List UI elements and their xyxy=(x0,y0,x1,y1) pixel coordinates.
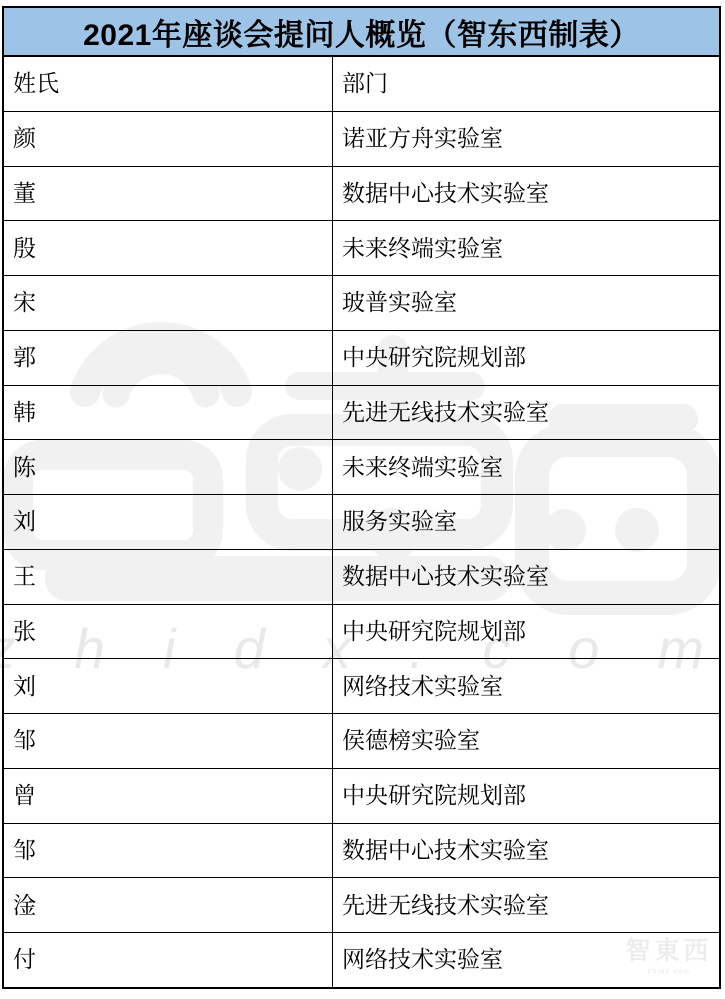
department-cell: 未来终端实验室 xyxy=(332,221,719,275)
table-row: 董 数据中心技术实验室 xyxy=(4,166,719,221)
department-cell: 先进无线技术实验室 xyxy=(332,386,719,440)
department-cell: 服务实验室 xyxy=(332,495,719,549)
department-cell: 中央研究院规划部 xyxy=(332,769,719,823)
table-row: 颜 诺亚方舟实验室 xyxy=(4,111,719,166)
surname-cell: 曾 xyxy=(4,769,332,823)
department-cell: 数据中心技术实验室 xyxy=(332,824,719,878)
table-figure: zhidx.com 智東西 zhidx.com 2021年座谈会提问人概览（智东… xyxy=(0,0,725,999)
department-cell: 诺亚方舟实验室 xyxy=(332,112,719,166)
table-row: 殷 未来终端实验室 xyxy=(4,220,719,275)
department-cell: 中央研究院规划部 xyxy=(332,605,719,659)
table-row: 郭 中央研究院规划部 xyxy=(4,330,719,385)
department-cell: 中央研究院规划部 xyxy=(332,331,719,385)
column-header-department: 部门 xyxy=(332,57,719,111)
table-body: 姓氏 部门 颜 诺亚方舟实验室 董 数据中心技术实验室 殷 未来终端实验室 宋 … xyxy=(4,57,719,987)
surname-cell: 邹 xyxy=(4,714,332,768)
table-row: 邹 侯德榜实验室 xyxy=(4,713,719,768)
table-row: 刘 网络技术实验室 xyxy=(4,658,719,713)
surname-cell: 邹 xyxy=(4,824,332,878)
surname-cell: 宋 xyxy=(4,276,332,330)
table-row: 宋 玻普实验室 xyxy=(4,275,719,330)
surname-cell: 淦 xyxy=(4,878,332,932)
department-cell: 侯德榜实验室 xyxy=(332,714,719,768)
department-cell: 玻普实验室 xyxy=(332,276,719,330)
surname-cell: 王 xyxy=(4,550,332,604)
table-row: 王 数据中心技术实验室 xyxy=(4,549,719,604)
table-header-row: 姓氏 部门 xyxy=(4,57,719,111)
table-row: 曾 中央研究院规划部 xyxy=(4,768,719,823)
department-cell: 未来终端实验室 xyxy=(332,440,719,494)
surname-cell: 刘 xyxy=(4,659,332,713)
surname-cell: 付 xyxy=(4,933,332,987)
surname-cell: 郭 xyxy=(4,331,332,385)
table-row: 邹 数据中心技术实验室 xyxy=(4,823,719,878)
table-row: 韩 先进无线技术实验室 xyxy=(4,385,719,440)
surname-cell: 陈 xyxy=(4,440,332,494)
surname-cell: 刘 xyxy=(4,495,332,549)
department-cell: 数据中心技术实验室 xyxy=(332,550,719,604)
surname-cell: 韩 xyxy=(4,386,332,440)
table-row: 张 中央研究院规划部 xyxy=(4,604,719,659)
surname-cell: 张 xyxy=(4,605,332,659)
surname-cell: 董 xyxy=(4,167,332,221)
questioners-table: 2021年座谈会提问人概览（智东西制表） 姓氏 部门 颜 诺亚方舟实验室 董 数… xyxy=(2,6,721,989)
surname-cell: 殷 xyxy=(4,221,332,275)
department-cell: 先进无线技术实验室 xyxy=(332,878,719,932)
department-cell: 网络技术实验室 xyxy=(332,659,719,713)
table-row: 付 网络技术实验室 xyxy=(4,932,719,987)
surname-cell: 颜 xyxy=(4,112,332,166)
column-header-surname: 姓氏 xyxy=(4,57,332,111)
table-title: 2021年座谈会提问人概览（智东西制表） xyxy=(4,8,719,57)
department-cell: 网络技术实验室 xyxy=(332,933,719,987)
department-cell: 数据中心技术实验室 xyxy=(332,167,719,221)
table-row: 刘 服务实验室 xyxy=(4,494,719,549)
table-row: 淦 先进无线技术实验室 xyxy=(4,877,719,932)
table-row: 陈 未来终端实验室 xyxy=(4,439,719,494)
